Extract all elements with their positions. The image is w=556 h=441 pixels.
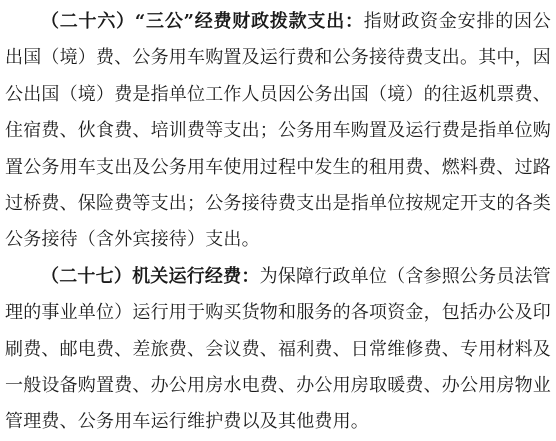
paragraph-sangong-expense: （二十六）“三公”经费财政拨款支出：指财政资金安排的因公出国（境）费、公务用车购… bbox=[5, 4, 551, 259]
document-page: （二十六）“三公”经费财政拨款支出：指财政资金安排的因公出国（境）费、公务用车购… bbox=[0, 0, 556, 441]
paragraph-heading: （二十六）“三公”经费财政拨款支出： bbox=[41, 11, 364, 32]
paragraph-body: 为保障行政单位（含参照公务员法管理的事业单位）运行用于购买货物和服务的各项资金，… bbox=[5, 266, 551, 433]
paragraph-heading: （二十七）机关运行经费： bbox=[41, 266, 260, 287]
paragraph-agency-operating-expense: （二十七）机关运行经费：为保障行政单位（含参照公务员法管理的事业单位）运行用于购… bbox=[5, 259, 551, 441]
paragraph-body: 指财政资金安排的因公出国（境）费、公务用车购置及运行费和公务接待费支出。其中，因… bbox=[5, 11, 551, 250]
